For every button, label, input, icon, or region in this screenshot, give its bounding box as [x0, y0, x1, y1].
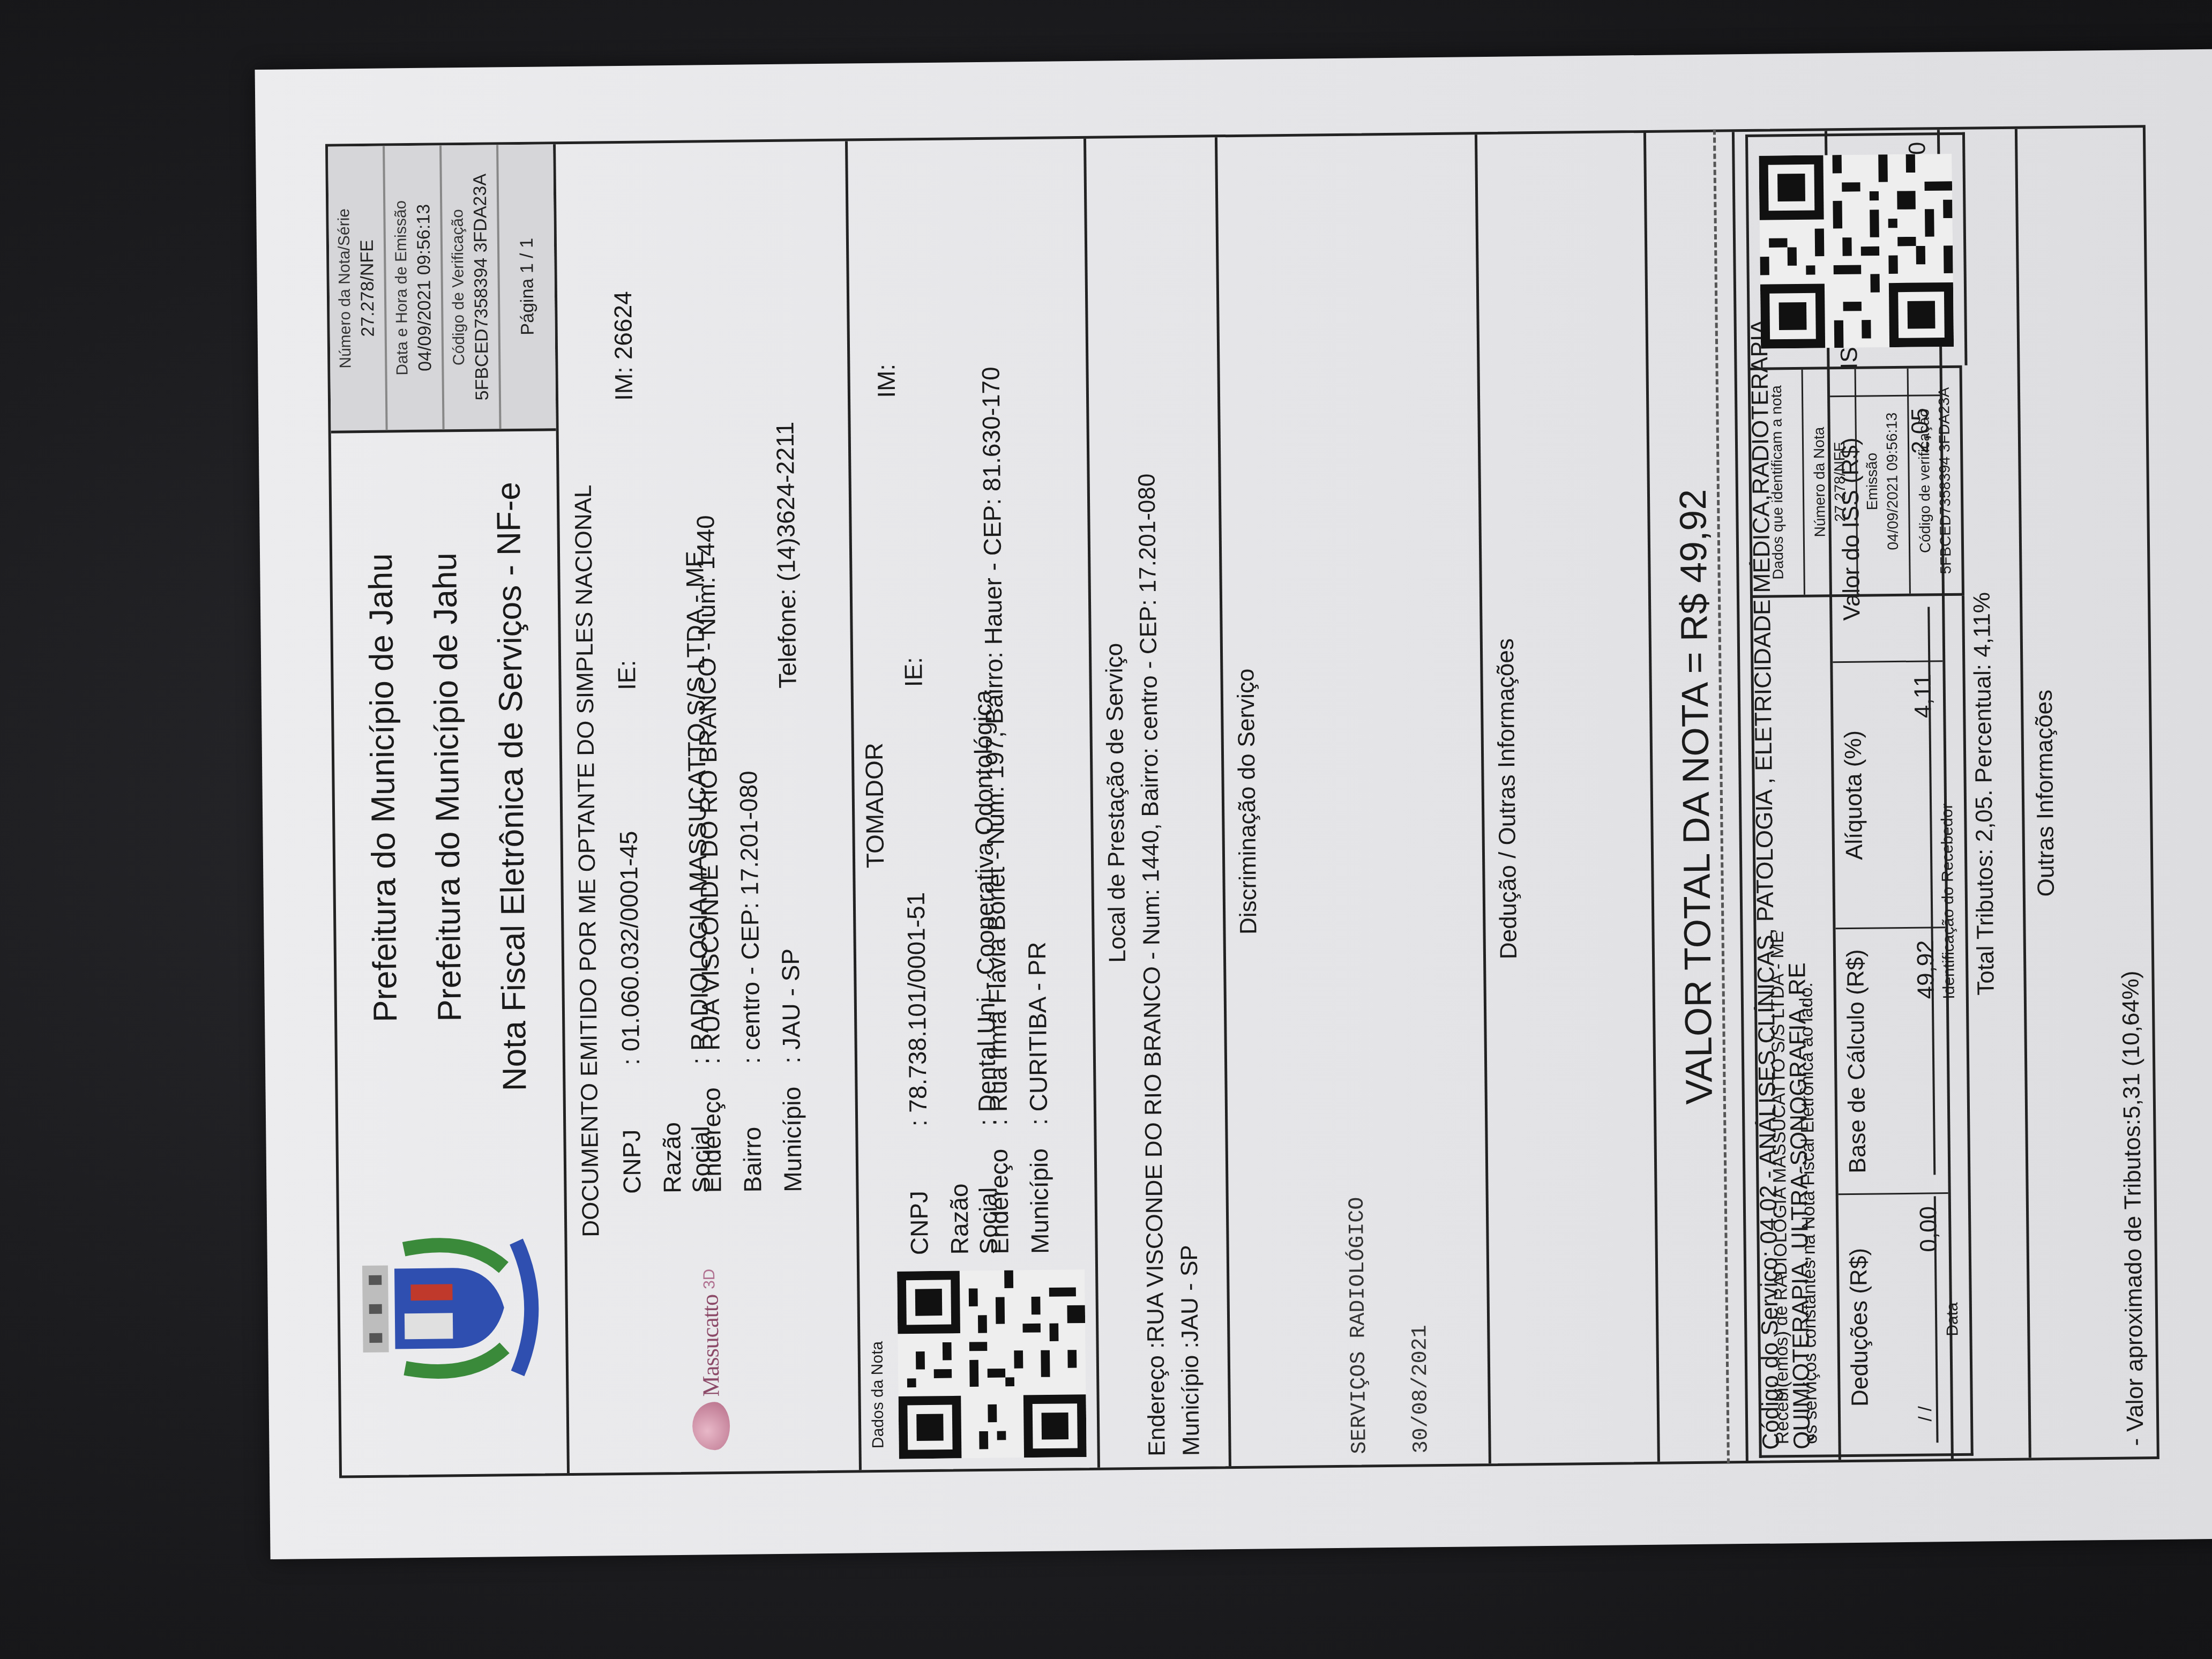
label: Endereço: [697, 1064, 727, 1193]
customer-section: TOMADOR Dados da Nota CNPJ: 78.738.101/0…: [848, 139, 1100, 1470]
issue-datetime-label: Data e Hora de Emissão: [392, 200, 412, 376]
total-value: VALOR TOTAL DA NOTA = R$ 49,92: [1646, 132, 1748, 1462]
provider-telefone: Telefone: (14)3624-2211: [770, 422, 802, 689]
service-description-date: 30/08/2021: [1396, 135, 1434, 1464]
provider-ie: IE:: [612, 660, 641, 690]
provider-section: DOCUMENTO EMITIDO POR ME OPTANTE DO SIMP…: [556, 141, 862, 1473]
customer-municipio: Município: CURITIBA - PR: [1022, 941, 1055, 1254]
page-indicator: Página 1 / 1: [516, 238, 538, 335]
customer-im: IM:: [871, 364, 901, 398]
receipt-text-1: Recebi(emos) de RADIOLOGIA MASSUCATTO S/…: [1763, 608, 1793, 1444]
tooth-logo-icon: [692, 1402, 730, 1451]
label: Município: [777, 1063, 808, 1192]
value: : 78.738.101/0001-51: [902, 892, 932, 1127]
logo-suffix: 3D: [700, 1268, 719, 1289]
dados-da-nota-label: Dados da Nota: [868, 1341, 887, 1448]
verification-code-cell: Código de Verificação 5FBCED7358394 3FDA…: [442, 145, 502, 429]
stub-issue-label: Emissão: [1863, 453, 1881, 511]
coat-of-arms-icon: [339, 1141, 567, 1475]
stub-number-value: 27.278/NFE: [1831, 442, 1849, 522]
provider-im: IM: 26624: [608, 291, 638, 401]
value: : centro - CEP: 17.201-080: [734, 771, 765, 1064]
note-identification-panel: Dados que identificam a nota Número da N…: [1748, 365, 1964, 598]
note-number-label: Número da Nota/Série: [335, 208, 355, 369]
receipt-acknowledgement: Recebi(emos) de RADIOLOGIA MASSUCATTO S/…: [1750, 596, 1974, 1458]
service-location-section: Local de Prestação de Serviço Endereço :…: [1086, 137, 1231, 1467]
stub-number-label: Número da Nota: [1811, 427, 1829, 537]
label: CNPJ: [903, 1126, 934, 1256]
deductions-section: Dedução / Outras Informações: [1477, 133, 1660, 1463]
provider-logo: Massucatto 3D: [691, 1268, 730, 1450]
nfse-paper-sheet: Prefeitura do Município de Jahu Prefeitu…: [255, 48, 2212, 1559]
simples-nacional-heading: DOCUMENTO EMITIDO POR ME OPTANTE DO SIMP…: [570, 484, 605, 1237]
value: : CURITIBA - PR: [1023, 941, 1053, 1125]
note-number-cell: Número da Nota/Série 27.278/NFE: [328, 146, 388, 431]
provider-bairro: Bairro: centro - CEP: 17.201-080: [734, 771, 767, 1193]
receipt-stub: Recebi(emos) de RADIOLOGIA MASSUCATTO S/…: [1745, 132, 1974, 1458]
header-title-2: Prefeitura do Município de Jahu: [426, 552, 469, 1022]
header-title-3: Nota Fiscal Eletrônica de Serviços - NF-…: [489, 482, 534, 1092]
customer-title: TOMADOR: [853, 141, 896, 1470]
approx-taxes: - Valor aproximado de Tributos:5,31 (10,…: [2117, 970, 2149, 1446]
issue-datetime-value: 04/09/2021 09:56:13: [413, 204, 436, 371]
stub-issue-value: 04/09/2021 09:56:13: [1884, 413, 1902, 550]
receiver-id-label: Identificação do Recebedor: [1936, 607, 1961, 1196]
provider-municipio: Município: JAU - SP: [776, 948, 808, 1192]
value: : RUA VISCONDE DO RIO BRANCO - Num: 1440: [691, 515, 725, 1065]
value: : JAU - SP: [776, 948, 805, 1064]
note-number-value: 27.278/NFE: [356, 240, 378, 337]
provider-cnpj: CNPJ: 01.060.032/0001-45: [614, 831, 646, 1194]
other-info-title: Outras Informações: [2025, 129, 2066, 1458]
label: Bairro: [737, 1064, 767, 1193]
customer-cnpj: CNPJ: 78.738.101/0001-51: [901, 892, 934, 1256]
label: CNPJ: [616, 1065, 647, 1194]
receipt-date-label: Data: [1942, 1196, 1963, 1443]
stub-code-value: 5FBCED7358394 3FDA23A: [1935, 387, 1955, 574]
service-description-section: Discriminação do Serviço SERVIÇOS RADIOL…: [1217, 134, 1491, 1466]
receipt-date-field[interactable]: / /: [1913, 1196, 1939, 1443]
service-location-address: Endereço :RUA VISCONDE DO RIO BRANCO - N…: [1130, 138, 1171, 1467]
label: Município: [1024, 1125, 1055, 1254]
document-header: Prefeitura do Município de Jahu Prefeitu…: [328, 144, 570, 1475]
other-info-section: Outras Informações - Valor aproximado de…: [2017, 128, 2157, 1458]
receipt-text-2: os serviços constantes na Nota Fiscal El…: [1792, 608, 1821, 1444]
header-title-1: Prefeitura do Município de Jahu: [362, 553, 405, 1022]
verification-code-label: Código de Verificação: [449, 209, 468, 365]
page-indicator-cell: Página 1 / 1: [498, 144, 556, 429]
receiver-id-field[interactable]: [1927, 607, 1935, 1175]
ident-title: Dados que identificam a nota: [1767, 385, 1787, 580]
stub-qr-code-icon: [1745, 132, 1968, 368]
service-description-line: SERVIÇOS RADIOLÓGICO: [1334, 136, 1372, 1465]
stub-code-label: Código de verificação: [1916, 409, 1934, 554]
value: : 01.060.032/0001-45: [614, 831, 645, 1065]
service-location-municipio: Município :JAU - SP: [1164, 138, 1205, 1467]
customer-ie: IE:: [899, 657, 928, 687]
verification-code-value: 5FBCED7358394 3FDA23A: [469, 174, 492, 401]
logo-text: Massucatto: [696, 1295, 724, 1397]
qr-code-icon: [897, 1269, 1087, 1459]
note-meta-panel: Número da Nota/Série 27.278/NFE Data e H…: [328, 144, 556, 433]
issue-datetime-cell: Data e Hora de Emissão 04/09/2021 09:56:…: [385, 145, 445, 430]
label: Endereço: [984, 1125, 1014, 1254]
